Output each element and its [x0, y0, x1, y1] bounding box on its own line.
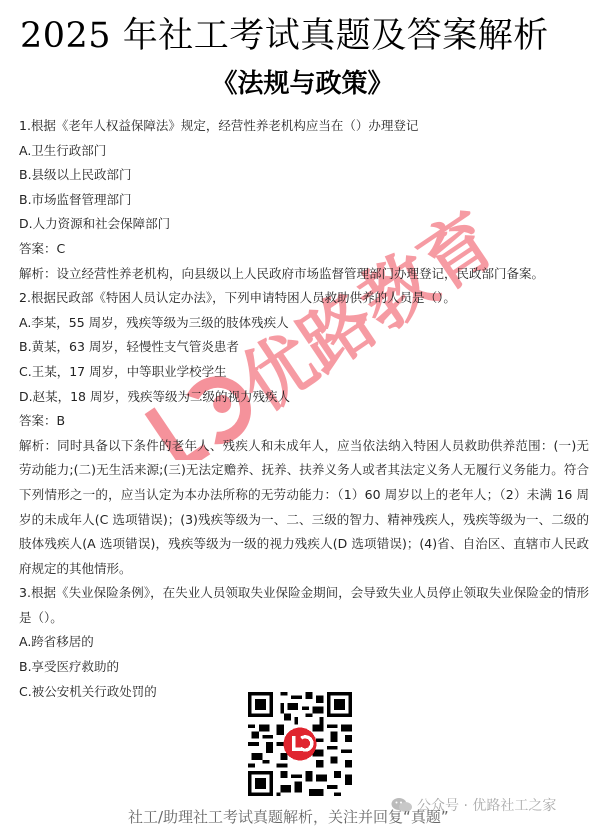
- question-1-answer: 答案：C: [19, 237, 589, 262]
- question-3-option-a: A.跨省移居的: [19, 630, 589, 655]
- document-subtitle: 《法规与政策》: [0, 66, 605, 102]
- question-2-answer: 答案：B: [19, 409, 589, 434]
- question-1-option-a: A.卫生行政部门: [19, 139, 589, 164]
- question-2-option-b: B.黄某，63 周岁，轻慢性支气管炎患者: [19, 335, 589, 360]
- question-2-option-a: A.李某，55 周岁，残疾等级为三级的肢体残疾人: [19, 311, 589, 336]
- question-1-option-b: B.县级以上民政部门: [19, 163, 589, 188]
- question-1-option-c: B.市场监督管理部门: [19, 188, 589, 213]
- question-2-option-d: D.赵某，18 周岁，残疾等级为二级的视力残疾人: [19, 385, 589, 410]
- question-3-option-b: B.享受医疗救助的: [19, 655, 589, 680]
- question-1-option-d: D.人力资源和社会保障部门: [19, 212, 589, 237]
- qr-code: [248, 692, 352, 796]
- question-1-stem: 1.根据《老年人权益保障法》规定，经营性养老机构应当在（）办理登记: [19, 114, 589, 139]
- document-title: 2025 年社工考试真题及答案解析: [0, 14, 605, 58]
- question-2-analysis: 解析：同时具备以下条件的老年人、残疾人和未成年人，应当依法纳入特困人员救助供养范…: [19, 434, 589, 582]
- question-3-stem: 3.根据《失业保险条例》，在失业人员领取失业保险金期间，会导致失业人员停止领取失…: [19, 581, 589, 630]
- question-1-analysis: 解析：设立经营性养老机构，向县级以上人民政府市场监督管理部门办理登记，民政部门备…: [19, 262, 589, 287]
- document-body: 1.根据《老年人权益保障法》规定，经营性养老机构应当在（）办理登记 A.卫生行政…: [19, 114, 589, 704]
- question-2-stem: 2.根据民政部《特困人员认定办法》，下列申请特困人员救助供养的人员是（）。: [19, 286, 589, 311]
- question-2-option-c: C.王某，17 周岁，中等职业学校学生: [19, 360, 589, 385]
- footer-promo-text: 社工/助理社工考试真题解析，关注并回复“真题”: [128, 806, 449, 827]
